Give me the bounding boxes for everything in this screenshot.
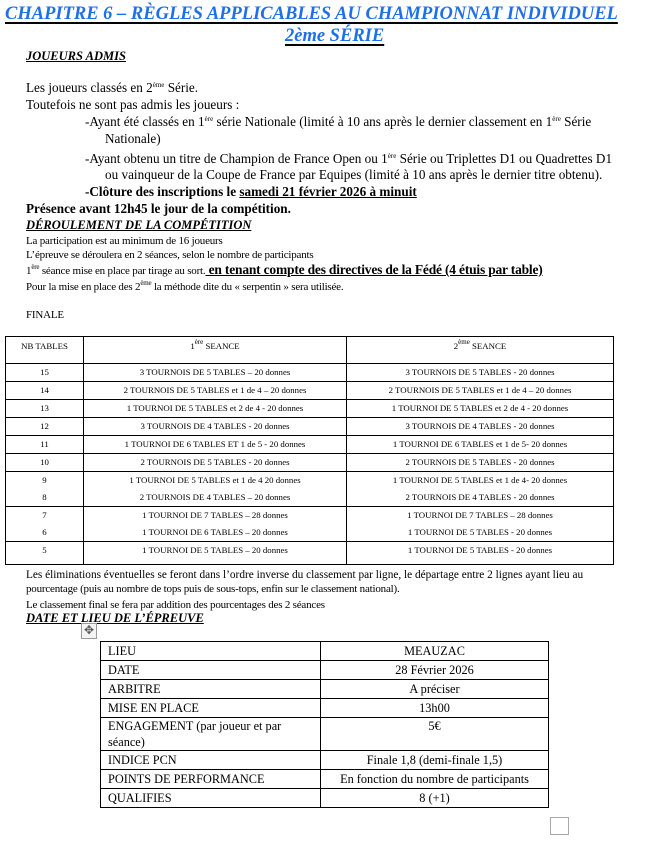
table-row: 981 TOURNOI DE 5 TABLES et 1 de 4 20 don… bbox=[6, 472, 614, 507]
info-key: INDICE PCN bbox=[101, 751, 321, 770]
info-value: 28 Février 2026 bbox=[321, 661, 549, 680]
cell-line: 1 TOURNOI DE 5 TABLES et 2 de 4 - 20 don… bbox=[347, 400, 613, 417]
cell-line: 1 TOURNOI DE 7 TABLES – 28 donnes bbox=[347, 507, 613, 524]
exclusion-intro: Toutefois ne sont pas admis les joueurs … bbox=[26, 97, 239, 113]
cell-line: 1 TOURNOI DE 7 TABLES – 28 donnes bbox=[84, 507, 346, 524]
cell-seance-1: 3 TOURNOIS DE 4 TABLES - 20 donnes bbox=[84, 418, 347, 436]
info-key: LIEU bbox=[101, 642, 321, 661]
second-session-info: Pour la mise en place des 2ème la méthod… bbox=[26, 280, 343, 294]
cell-seance-2: 3 TOURNOIS DE 5 TABLES - 20 donnes bbox=[347, 364, 614, 382]
cell-nb-tables: 98 bbox=[6, 472, 84, 507]
eligibility-line: Les joueurs classés en 2ème Série. bbox=[26, 80, 198, 96]
info-row: DATE28 Février 2026 bbox=[101, 661, 549, 680]
cell-line: 2 TOURNOIS DE 5 TABLES et 1 de 4 – 20 do… bbox=[84, 382, 346, 399]
finale-label: FINALE bbox=[26, 308, 64, 322]
event-info-table: LIEUMEAUZACDATE28 Février 2026ARBITREA p… bbox=[100, 641, 549, 808]
table-row: 51 TOURNOI DE 5 TABLES – 20 donnes1 TOUR… bbox=[6, 542, 614, 565]
info-value: 8 (+1) bbox=[321, 789, 549, 808]
cell-line: 2 TOURNOIS DE 4 TABLES - 20 donnes bbox=[347, 489, 613, 506]
table-row: 153 TOURNOIS DE 5 TABLES – 20 donnes3 TO… bbox=[6, 364, 614, 382]
cell-seance-2: 1 TOURNOI DE 5 TABLES et 2 de 4 - 20 don… bbox=[347, 400, 614, 418]
info-row: ENGAGEMENT (par joueur et par séance)5€ bbox=[101, 718, 549, 751]
info-key: ARBITRE bbox=[101, 680, 321, 699]
info-key: POINTS DE PERFORMANCE bbox=[101, 770, 321, 789]
eliminations-line-2: pourcentage (puis au nombre de tops puis… bbox=[26, 582, 400, 596]
chapter-subtitle: 2ème SÉRIE bbox=[285, 26, 384, 47]
exclusion-item-1: -Ayant été classés en 1ère série Nationa… bbox=[85, 114, 591, 130]
sessions-info: L’épreuve se déroulera en 2 séances, sel… bbox=[26, 248, 313, 262]
table-row: 111 TOURNOI DE 6 TABLES ET 1 de 5 - 20 d… bbox=[6, 436, 614, 454]
exclusion-item-2-cont: ou vainqueur de la Coupe de France par E… bbox=[105, 167, 602, 183]
cell-seance-2: 1 TOURNOI DE 5 TABLES - 20 donnes bbox=[347, 542, 614, 565]
cell-seance-1: 1 TOURNOI DE 7 TABLES – 28 donnes1 TOURN… bbox=[84, 507, 347, 542]
table-resize-handle[interactable] bbox=[550, 817, 569, 835]
info-value: Finale 1,8 (demi-finale 1,5) bbox=[321, 751, 549, 770]
table-row: 102 TOURNOIS DE 5 TABLES - 20 donnes2 TO… bbox=[6, 454, 614, 472]
cell-line: 5 bbox=[6, 542, 83, 559]
cell-line: 7 bbox=[6, 507, 83, 524]
cell-seance-1: 1 TOURNOI DE 5 TABLES – 20 donnes bbox=[84, 542, 347, 565]
cell-nb-tables: 76 bbox=[6, 507, 84, 542]
info-row: QUALIFIES8 (+1) bbox=[101, 789, 549, 808]
cell-nb-tables: 14 bbox=[6, 382, 84, 400]
cell-line: 3 TOURNOIS DE 5 TABLES – 20 donnes bbox=[84, 364, 346, 381]
cell-line: 3 TOURNOIS DE 4 TABLES - 20 donnes bbox=[84, 418, 346, 435]
cell-seance-2: 1 TOURNOI DE 6 TABLES et 1 de 5- 20 donn… bbox=[347, 436, 614, 454]
cell-seance-2: 1 TOURNOI DE 5 TABLES et 1 de 4- 20 donn… bbox=[347, 472, 614, 507]
cell-line: 10 bbox=[6, 454, 83, 471]
table-row: 761 TOURNOI DE 7 TABLES – 28 donnes1 TOU… bbox=[6, 507, 614, 542]
cell-line: 1 TOURNOI DE 6 TABLES ET 1 de 5 - 20 don… bbox=[84, 436, 346, 453]
section-heading-deroulement: DÉROULEMENT DE LA COMPÉTITION bbox=[26, 218, 251, 233]
cell-line: 1 TOURNOI DE 5 TABLES et 1 de 4- 20 donn… bbox=[347, 472, 613, 489]
cell-line: 1 TOURNOI DE 5 TABLES et 2 de 4 - 20 don… bbox=[84, 400, 346, 417]
header-seance-2: 2ème SEANCE bbox=[347, 337, 614, 364]
info-value: A préciser bbox=[321, 680, 549, 699]
cell-line: 14 bbox=[6, 382, 83, 399]
table-row: 142 TOURNOIS DE 5 TABLES et 1 de 4 – 20 … bbox=[6, 382, 614, 400]
cell-line: 9 bbox=[6, 472, 83, 489]
table-row: 123 TOURNOIS DE 4 TABLES - 20 donnes3 TO… bbox=[6, 418, 614, 436]
cell-line: 11 bbox=[6, 436, 83, 453]
cell-line: 1 TOURNOI DE 5 TABLES et 1 de 4 20 donne… bbox=[84, 472, 346, 489]
exclusion-item-2: -Ayant obtenu un titre de Champion de Fr… bbox=[85, 151, 612, 167]
cell-seance-1: 3 TOURNOIS DE 5 TABLES – 20 donnes bbox=[84, 364, 347, 382]
section-heading-joueurs-admis: JOUEURS ADMIS bbox=[26, 49, 126, 64]
info-key: DATE bbox=[101, 661, 321, 680]
cell-nb-tables: 10 bbox=[6, 454, 84, 472]
cell-line: 8 bbox=[6, 489, 83, 506]
cell-line: 3 TOURNOIS DE 4 TABLES - 20 donnes bbox=[347, 418, 613, 435]
first-session-info: 1ère séance mise en place par tirage au … bbox=[26, 263, 543, 278]
registration-deadline: -Clôture des inscriptions le samedi 21 f… bbox=[85, 184, 417, 200]
header-nb-tables: NB TABLES bbox=[6, 337, 84, 364]
info-value: 5€ bbox=[321, 718, 549, 751]
cell-seance-1: 1 TOURNOI DE 5 TABLES et 2 de 4 - 20 don… bbox=[84, 400, 347, 418]
cell-nb-tables: 13 bbox=[6, 400, 84, 418]
participation-minimum: La participation est au minimum de 16 jo… bbox=[26, 234, 223, 248]
cell-line: 1 TOURNOI DE 6 TABLES et 1 de 5- 20 donn… bbox=[347, 436, 613, 453]
info-row: INDICE PCNFinale 1,8 (demi-finale 1,5) bbox=[101, 751, 549, 770]
eliminations-line-1: Les éliminations éventuelles se feront d… bbox=[26, 568, 583, 582]
cell-line: 15 bbox=[6, 364, 83, 381]
section-heading-date-lieu: DATE ET LIEU DE L’ÉPREUVE bbox=[26, 611, 204, 626]
cell-line: 1 TOURNOI DE 5 TABLES - 20 donnes bbox=[347, 542, 613, 559]
info-value: 13h00 bbox=[321, 699, 549, 718]
cell-line: 2 TOURNOIS DE 5 TABLES - 20 donnes bbox=[84, 454, 346, 471]
cell-nb-tables: 15 bbox=[6, 364, 84, 382]
cell-nb-tables: 12 bbox=[6, 418, 84, 436]
cell-line: 1 TOURNOI DE 5 TABLES – 20 donnes bbox=[84, 542, 346, 559]
info-row: MISE EN PLACE13h00 bbox=[101, 699, 549, 718]
table-header-row: NB TABLES 1ère SEANCE 2ème SEANCE bbox=[6, 337, 614, 364]
cell-seance-2: 1 TOURNOI DE 7 TABLES – 28 donnes1 TOURN… bbox=[347, 507, 614, 542]
cell-nb-tables: 5 bbox=[6, 542, 84, 565]
cell-line: 2 TOURNOIS DE 4 TABLES – 20 donnes bbox=[84, 489, 346, 506]
info-key: QUALIFIES bbox=[101, 789, 321, 808]
finale-table: NB TABLES 1ère SEANCE 2ème SEANCE 153 TO… bbox=[5, 336, 614, 565]
cell-line: 12 bbox=[6, 418, 83, 435]
info-key: MISE EN PLACE bbox=[101, 699, 321, 718]
cell-line: 1 TOURNOI DE 6 TABLES – 20 donnes bbox=[84, 524, 346, 541]
presence-notice: Présence avant 12h45 le jour de la compé… bbox=[26, 201, 291, 217]
cell-line: 3 TOURNOIS DE 5 TABLES - 20 donnes bbox=[347, 364, 613, 381]
cell-line: 13 bbox=[6, 400, 83, 417]
cell-line: 2 TOURNOIS DE 5 TABLES et 1 de 4 – 20 do… bbox=[347, 382, 613, 399]
chapter-title: CHAPITRE 6 – RÈGLES APPLICABLES AU CHAMP… bbox=[5, 4, 618, 25]
exclusion-item-1-cont: Nationale) bbox=[105, 131, 161, 147]
cell-line: 1 TOURNOI DE 5 TABLES - 20 donnes bbox=[347, 524, 613, 541]
cell-nb-tables: 11 bbox=[6, 436, 84, 454]
cell-line: 2 TOURNOIS DE 5 TABLES - 20 donnes bbox=[347, 454, 613, 471]
table-row: 131 TOURNOI DE 5 TABLES et 2 de 4 - 20 d… bbox=[6, 400, 614, 418]
cell-line: 6 bbox=[6, 524, 83, 541]
cell-seance-1: 2 TOURNOIS DE 5 TABLES - 20 donnes bbox=[84, 454, 347, 472]
info-value: En fonction du nombre de participants bbox=[321, 770, 549, 789]
cell-seance-2: 2 TOURNOIS DE 5 TABLES - 20 donnes bbox=[347, 454, 614, 472]
header-seance-1: 1ère SEANCE bbox=[84, 337, 347, 364]
info-row: LIEUMEAUZAC bbox=[101, 642, 549, 661]
cell-seance-1: 2 TOURNOIS DE 5 TABLES et 1 de 4 – 20 do… bbox=[84, 382, 347, 400]
info-row: POINTS DE PERFORMANCEEn fonction du nomb… bbox=[101, 770, 549, 789]
cell-seance-1: 1 TOURNOI DE 5 TABLES et 1 de 4 20 donne… bbox=[84, 472, 347, 507]
info-row: ARBITREA préciser bbox=[101, 680, 549, 699]
cell-seance-2: 3 TOURNOIS DE 4 TABLES - 20 donnes bbox=[347, 418, 614, 436]
cell-seance-2: 2 TOURNOIS DE 5 TABLES et 1 de 4 – 20 do… bbox=[347, 382, 614, 400]
table-move-handle-icon[interactable]: ✥ bbox=[81, 623, 97, 639]
info-value: MEAUZAC bbox=[321, 642, 549, 661]
cell-seance-1: 1 TOURNOI DE 6 TABLES ET 1 de 5 - 20 don… bbox=[84, 436, 347, 454]
info-key: ENGAGEMENT (par joueur et par séance) bbox=[101, 718, 321, 751]
final-ranking-info: Le classement final se fera par addition… bbox=[26, 598, 325, 612]
